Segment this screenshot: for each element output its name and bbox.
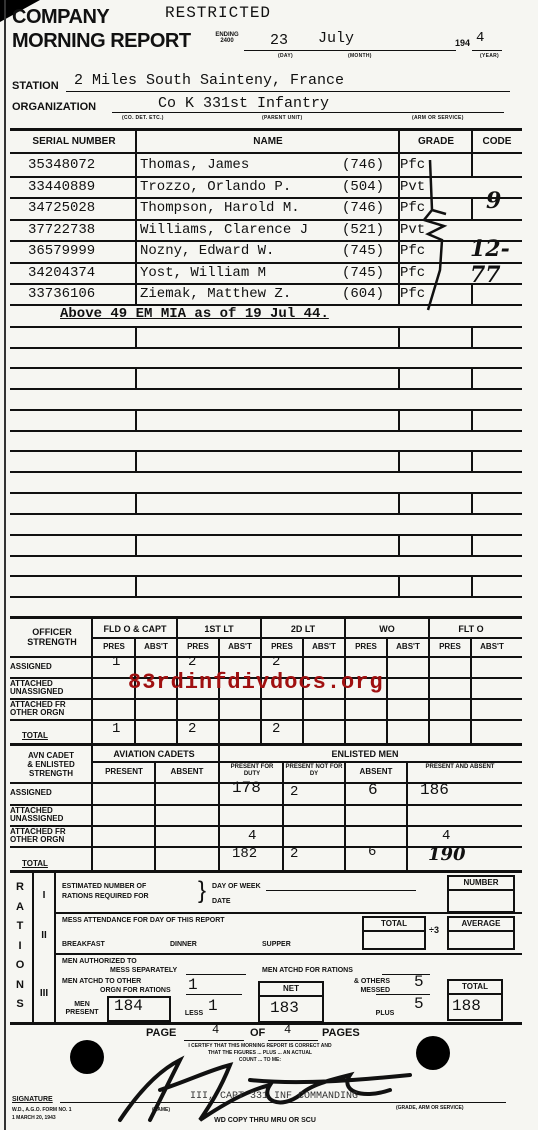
col-divider	[344, 762, 346, 870]
group-rule	[92, 637, 522, 639]
sub-abst: ABS'T	[388, 643, 428, 651]
member-mos: (746)	[342, 155, 384, 176]
report-day: 23	[270, 32, 288, 49]
year-caption: (YEAR)	[480, 53, 499, 59]
rations-letter: O	[12, 956, 28, 976]
rations-section-ii: II	[33, 932, 55, 940]
col-cadet-absent: ABSENT	[156, 768, 218, 776]
net-value: 183	[270, 998, 299, 1019]
sub-abst: ABS'T	[304, 643, 344, 651]
enlisted-total-grand: 190	[428, 844, 466, 865]
row-rule	[10, 804, 522, 806]
col-divider	[135, 367, 137, 388]
row-label-attached-other: ATTACHED FR OTHER ORGN	[10, 701, 90, 717]
dinner-label: DINNER	[170, 941, 230, 949]
officer-group-1st-lt: 1ST LT	[178, 624, 260, 634]
breakfast-label: BREAKFAST	[62, 941, 122, 949]
col-divider	[135, 492, 137, 513]
mess-total-label: TOTAL	[364, 920, 424, 932]
serial-number: 34204374	[28, 263, 95, 284]
roster-header-rule	[10, 152, 522, 154]
col-name: NAME	[138, 136, 398, 147]
row-label-attached-other: ATTACHED FR OTHER ORGN	[10, 828, 90, 844]
org-caption-parent: (PARENT UNIT)	[262, 115, 302, 121]
serial-number: 37722738	[28, 220, 95, 241]
of-line	[268, 1028, 318, 1041]
rations-letter: R	[12, 878, 28, 898]
col-divider	[406, 762, 408, 870]
enlisted-total-absent: 6	[368, 842, 376, 863]
watermark: 83rdinfdivdocs.org	[128, 670, 384, 695]
enlisted-total-pnfd: 2	[290, 844, 298, 865]
date-label: DATE	[212, 898, 252, 906]
ending-label-2: 2400	[212, 38, 242, 44]
col-divider	[398, 409, 400, 430]
member-mos: (745)	[342, 241, 384, 262]
enlisted-total-pfd: 182	[232, 844, 257, 865]
col-divider	[471, 492, 473, 513]
col-divider	[471, 575, 473, 596]
average-box: AVERAGE	[447, 916, 515, 950]
officer-title-2: STRENGTH	[14, 638, 90, 646]
form-reference-1: W.D., A.G.O. FORM NO. 1	[12, 1106, 122, 1114]
plus-value: 5	[414, 994, 424, 1015]
col-cadet-present: PRESENT	[94, 768, 154, 776]
authorized-line	[186, 964, 246, 975]
col-divider	[135, 131, 137, 305]
serial-number: 34725028	[28, 198, 95, 219]
less-label: LESS	[184, 1010, 204, 1018]
member-name: Williams, Clarence J	[140, 220, 308, 241]
ending-label: ENDING 2400	[212, 32, 242, 44]
col-divider	[471, 450, 473, 471]
sub-abst: ABS'T	[136, 643, 176, 651]
row-rule	[10, 492, 522, 494]
row-rule	[10, 388, 522, 390]
col-divider	[135, 450, 137, 471]
col-divider	[471, 534, 473, 555]
left-edge-rule	[4, 0, 6, 1130]
sub-abst: ABS'T	[472, 643, 512, 651]
serial-number: 35348072	[28, 155, 95, 176]
col-divider	[428, 619, 430, 743]
page-label: PAGE	[146, 1027, 176, 1039]
col-divider	[135, 409, 137, 430]
plus-label: PLUS	[370, 1010, 400, 1018]
member-name: Trozzo, Orlando P.	[140, 177, 291, 198]
row-label-assigned: ASSIGNED	[10, 789, 80, 797]
supper-label: SUPPER	[262, 941, 322, 949]
officer-title-1: OFFICER	[14, 628, 90, 636]
atchd-for-label-1: MEN ATCHD FOR RATIONS	[262, 967, 402, 975]
atchd-other-label-1: MEN ATCHD TO OTHER	[62, 978, 182, 986]
row-rule	[10, 347, 522, 349]
member-name: Ziemak, Matthew Z.	[140, 284, 291, 305]
estimated-label-2: RATIONS REQUIRED FOR	[62, 893, 202, 901]
enlisted-assigned-pfd: 178	[232, 778, 261, 799]
officer-group-wo: WO	[346, 624, 428, 634]
day-of-week-line	[266, 878, 416, 891]
row-rule	[10, 534, 522, 536]
section-rule	[10, 1022, 522, 1025]
sub-pres: PRES	[430, 643, 470, 651]
sub-pres: PRES	[262, 643, 302, 651]
col-divider	[470, 638, 472, 743]
rations-letter: T	[12, 917, 28, 937]
pages-label: PAGES	[322, 1027, 360, 1039]
enlisted-title-2: & ENLISTED	[12, 761, 90, 769]
name-caption: (NAME)	[152, 1106, 192, 1114]
row-rule	[54, 912, 522, 914]
section-rule	[10, 743, 522, 746]
rations-letter: A	[12, 898, 28, 918]
sub-pres: PRES	[94, 643, 134, 651]
col-divider	[386, 638, 388, 743]
certify-line-1: I CERTIFY THAT THIS MORNING REPORT IS CO…	[130, 1043, 390, 1049]
row-label-total: TOTAL	[22, 732, 82, 740]
row-rule	[10, 513, 522, 515]
member-mos: (604)	[342, 284, 384, 305]
col-divider	[398, 575, 400, 596]
form-title-line2: MORNING REPORT	[12, 30, 191, 52]
form-reference-2: 1 MARCH 20, 1943	[12, 1114, 122, 1122]
col-code: CODE	[474, 136, 520, 147]
member-mos: (504)	[342, 177, 384, 198]
rations-letter: I	[12, 937, 28, 957]
serial-number: 33440889	[28, 177, 95, 198]
col-present-and-absent: PRESENT AND ABSENT	[410, 764, 510, 771]
station-value: 2 Miles South Sainteny, France	[74, 72, 344, 89]
form-title-line1: COMPANY	[12, 6, 109, 28]
grade-caption: (GRADE, ARM OR SERVICE)	[396, 1104, 506, 1112]
enlisted-header: ENLISTED MEN	[220, 750, 510, 758]
roster-top-rule	[10, 128, 522, 131]
enlisted-assigned-absent: 6	[368, 780, 378, 801]
member-name: Thompson, Harold M.	[140, 198, 300, 219]
mess-attendance-label: MESS ATTENDANCE FOR DAY OF THIS REPORT	[62, 917, 362, 925]
mess-total-box: TOTAL	[362, 916, 426, 950]
member-name: Thomas, James	[140, 155, 249, 176]
year-prefix: 194	[455, 38, 470, 48]
day-caption: (DAY)	[278, 53, 293, 59]
men-present-value: 184	[114, 996, 143, 1017]
cadets-header: AVIATION CADETS	[94, 750, 214, 758]
sub-pres: PRES	[178, 643, 218, 651]
row-rule	[10, 326, 522, 328]
brace-icon: }	[198, 878, 206, 904]
member-mos: (745)	[342, 263, 384, 284]
row-rule	[10, 450, 522, 452]
serial-number: 36579999	[28, 241, 95, 262]
col-divider	[398, 131, 400, 305]
men-present-label: MEN PRESENT	[62, 1001, 102, 1017]
col-divider	[91, 619, 93, 743]
col-divider	[135, 534, 137, 555]
enlisted-title-3: STRENGTH	[12, 770, 90, 778]
row-rule	[10, 698, 522, 700]
row-rule	[10, 555, 522, 557]
punch-hole-right	[416, 1036, 450, 1070]
net-label: NET	[260, 985, 322, 997]
col-divider	[154, 762, 156, 870]
row-rule	[10, 656, 522, 658]
report-year: 4	[476, 30, 484, 46]
section-rule	[10, 870, 522, 873]
officer-total-2d-pres: 2	[272, 719, 280, 740]
col-divider	[91, 746, 93, 870]
col-divider	[398, 326, 400, 347]
row-rule	[10, 719, 522, 721]
officer-total-fld-pres: 1	[112, 719, 120, 740]
col-divider	[471, 409, 473, 430]
typed-signer: III, CAPT 331 INF COMMANDING	[190, 1093, 390, 1101]
rations-letter: S	[12, 995, 28, 1015]
col-present-not-for-duty: PRESENT NOT FOR DY	[284, 764, 344, 778]
col-divider	[471, 367, 473, 388]
col-grade: GRADE	[400, 136, 472, 147]
rations-section-i: I	[33, 892, 55, 900]
officer-group-2d-lt: 2D LT	[262, 624, 344, 634]
row-label-attached-unassigned: ATTACHED UNASSIGNED	[10, 807, 90, 823]
col-divider	[135, 326, 137, 347]
row-label-attached-unassigned: ATTACHED UNASSIGNED	[10, 680, 90, 696]
col-serial-number: SERIAL NUMBER	[14, 136, 134, 147]
sub-pres: PRES	[346, 643, 386, 651]
handwritten-code-12-77: 12-77	[470, 236, 538, 288]
less-value: 1	[208, 996, 218, 1017]
report-month: July	[318, 30, 354, 47]
row-label-total: TOTAL	[22, 860, 82, 868]
member-name: Yost, William M	[140, 263, 266, 284]
col-divider	[471, 326, 473, 347]
classification-stamp: RESTRICTED	[165, 4, 271, 22]
estimated-label-1: ESTIMATED NUMBER OF	[62, 883, 202, 891]
col-enlisted-absent: ABSENT	[346, 768, 406, 776]
member-mos: (746)	[342, 198, 384, 219]
member-mos: (521)	[342, 220, 384, 241]
organization-value: Co K 331st Infantry	[158, 95, 329, 112]
enlisted-assigned-pnfd: 2	[290, 782, 298, 803]
group-rule	[92, 761, 522, 763]
divide-by-three-label: ÷3	[428, 926, 440, 934]
col-divider	[398, 492, 400, 513]
col-divider	[398, 450, 400, 471]
sub-abst: ABS'T	[220, 643, 260, 651]
col-divider	[135, 575, 137, 596]
row-rule	[10, 575, 522, 577]
copy-note: WD COPY THRU MRU OR SCU	[190, 1117, 340, 1125]
officer-assigned-fld-pres: 1	[112, 652, 120, 673]
row-rule	[10, 471, 522, 473]
of-value: 4	[284, 1020, 291, 1041]
col-divider	[218, 746, 220, 870]
row-rule	[10, 430, 522, 432]
row-rule	[10, 596, 522, 598]
officer-group-flt-o: FLT O	[430, 624, 512, 634]
col-divider	[398, 534, 400, 555]
handwritten-signature	[100, 1050, 420, 1125]
row-rule	[10, 367, 522, 369]
roster-bottom-rule	[10, 616, 522, 619]
of-label: OF	[250, 1027, 265, 1039]
row-label-assigned: ASSIGNED	[10, 663, 80, 671]
officer-group-fld-capt: FLD O & CAPT	[94, 624, 176, 634]
atchd-for-value: 5	[414, 972, 424, 993]
org-caption-unit: (CO. DET. ETC.)	[122, 115, 164, 121]
col-present-for-duty: PRESENT FOR DUTY	[222, 764, 282, 778]
enlisted-assigned-total: 186	[420, 780, 449, 801]
roster-remark: Above 49 EM MIA as of 19 Jul 44.	[60, 304, 329, 325]
serial-number: 33736106	[28, 284, 95, 305]
atchd-other-value: 1	[188, 975, 198, 996]
col-divider	[282, 762, 284, 870]
handwritten-code-9: 9	[486, 188, 501, 214]
authorized-label-1: MEN AUTHORIZED TO	[62, 958, 182, 966]
organization-label: ORGANIZATION	[12, 101, 96, 113]
station-label: STATION	[12, 80, 59, 92]
rations-total-label: TOTAL	[449, 983, 501, 995]
enlisted-title-1: AVN CADET	[12, 752, 90, 760]
row-rule	[10, 409, 522, 411]
rations-letter: N	[12, 976, 28, 996]
month-caption: (MONTH)	[348, 53, 372, 59]
page-value: 4	[212, 1020, 219, 1041]
number-label: NUMBER	[449, 879, 513, 891]
number-box: NUMBER	[447, 875, 515, 913]
org-caption-service: (ARM OR SERVICE)	[412, 115, 464, 121]
punch-hole-left	[70, 1040, 104, 1074]
member-name: Nozny, Edward W.	[140, 241, 274, 262]
morning-report-form: COMPANY MORNING REPORT RESTRICTED ENDING…	[0, 0, 538, 1130]
col-divider	[398, 367, 400, 388]
rations-section-iii: III	[33, 990, 55, 998]
rations-total-value: 188	[452, 996, 481, 1017]
rations-side-label: R A T I O N S	[12, 878, 28, 1015]
average-label: AVERAGE	[449, 920, 513, 932]
officer-total-1st-pres: 2	[188, 719, 196, 740]
row-rule	[54, 953, 522, 955]
